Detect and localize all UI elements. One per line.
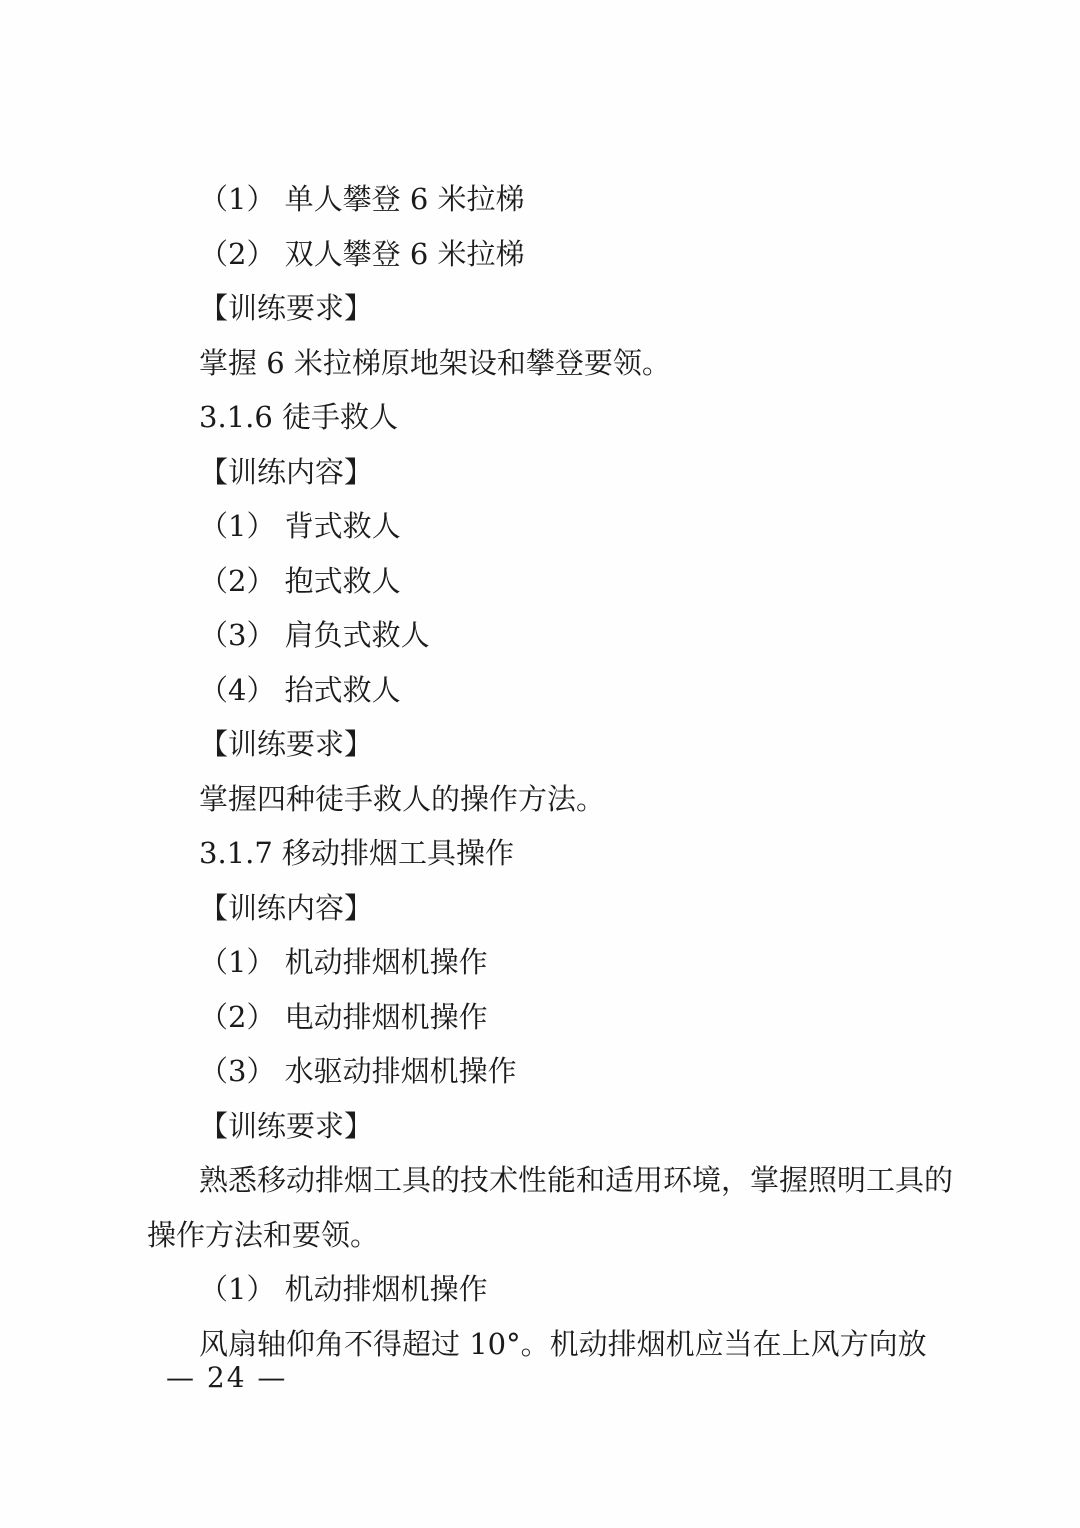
section-heading: 3.1.6 徒手救人 <box>147 390 1002 445</box>
body-paragraph: 熟悉移动排烟工具的技术性能和适用环境，掌握照明工具的 <box>147 1153 1002 1208</box>
list-item: （3） 肩负式救人 <box>147 608 1002 663</box>
list-item: （4） 抬式救人 <box>147 663 1002 718</box>
section-heading: 3.1.7 移动排烟工具操作 <box>147 826 1002 881</box>
list-item: （3） 水驱动排烟机操作 <box>147 1044 1002 1099</box>
section-header: 【训练要求】 <box>147 1099 1002 1154</box>
list-item: （1） 背式救人 <box>147 499 1002 554</box>
list-item: （1） 单人攀登 6 米拉梯 <box>147 172 1002 227</box>
list-item: （1） 机动排烟机操作 <box>147 1262 1002 1317</box>
section-header: 【训练要求】 <box>147 281 1002 336</box>
body-paragraph-continuation: 操作方法和要领。 <box>147 1208 1002 1263</box>
section-header: 【训练内容】 <box>147 881 1002 936</box>
page-number: — 24 — <box>166 1362 287 1394</box>
list-item: （2） 电动排烟机操作 <box>147 990 1002 1045</box>
list-item: （2） 抱式救人 <box>147 554 1002 609</box>
section-header: 【训练要求】 <box>147 717 1002 772</box>
list-item: （1） 机动排烟机操作 <box>147 935 1002 990</box>
list-item: （2） 双人攀登 6 米拉梯 <box>147 227 1002 282</box>
section-header: 【训练内容】 <box>147 445 1002 500</box>
body-paragraph: 掌握 6 米拉梯原地架设和攀登要领。 <box>147 336 1002 391</box>
document-body: （1） 单人攀登 6 米拉梯 （2） 双人攀登 6 米拉梯 【训练要求】 掌握 … <box>147 172 1002 1371</box>
body-paragraph: 掌握四种徒手救人的操作方法。 <box>147 772 1002 827</box>
document-page: （1） 单人攀登 6 米拉梯 （2） 双人攀登 6 米拉梯 【训练要求】 掌握 … <box>0 0 1080 1528</box>
